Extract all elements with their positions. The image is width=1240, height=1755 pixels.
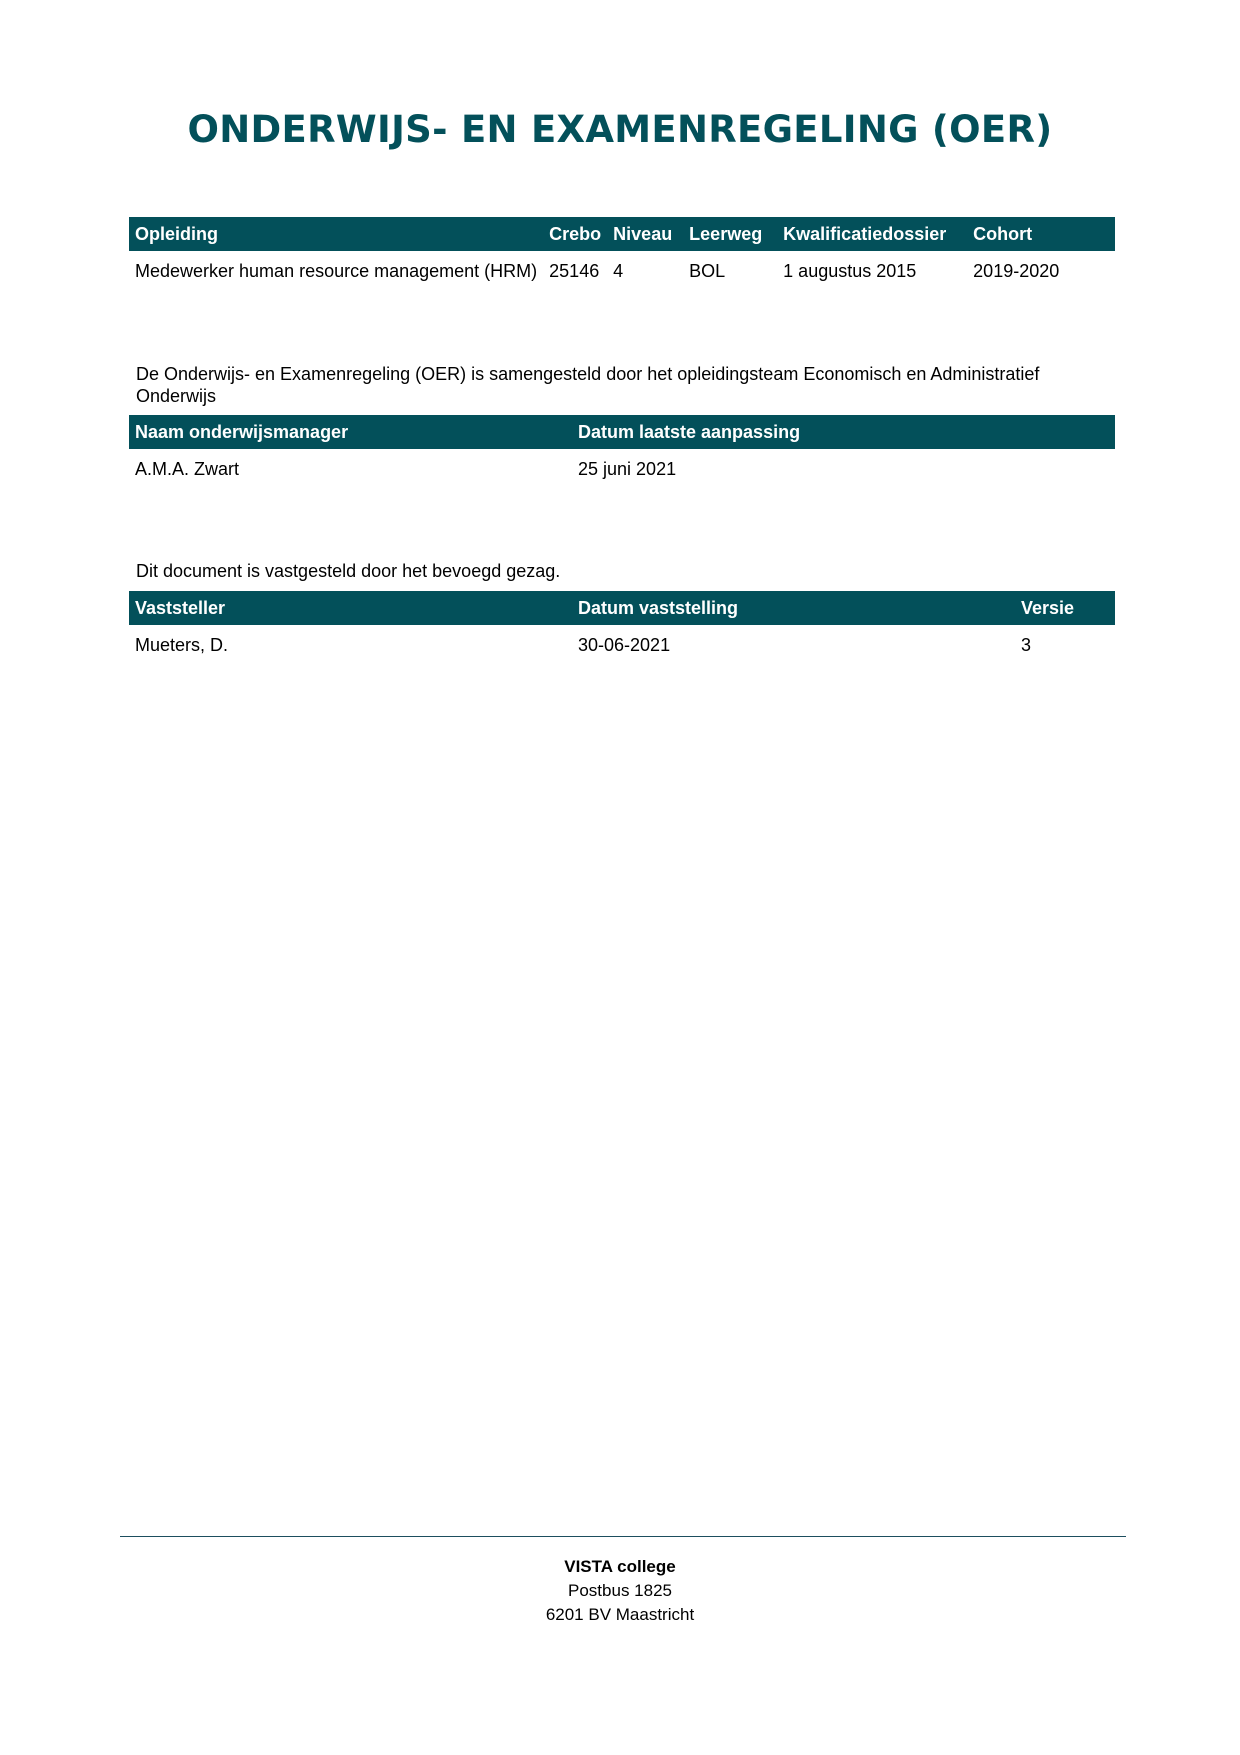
footer-address-line2: 6201 BV Maastricht: [0, 1603, 1240, 1627]
cell-leerweg: BOL: [683, 251, 777, 291]
footer-address-line1: Postbus 1825: [0, 1579, 1240, 1603]
footer: VISTA college Postbus 1825 6201 BV Maast…: [0, 1555, 1240, 1627]
table-header-row: Opleiding Crebo Niveau Leerweg Kwalifica…: [129, 217, 1115, 251]
cell-manager-name: A.M.A. Zwart: [129, 449, 572, 489]
composition-note: De Onderwijs- en Examenregeling (OER) is…: [136, 363, 1086, 407]
header-leerweg: Leerweg: [683, 217, 777, 251]
header-opleiding: Opleiding: [129, 217, 543, 251]
header-naam-onderwijsmanager: Naam onderwijsmanager: [129, 415, 572, 449]
cell-kwalificatiedossier: 1 augustus 2015: [777, 251, 967, 291]
header-datum-vaststelling: Datum vaststelling: [572, 591, 1015, 625]
cell-crebo: 25146: [543, 251, 607, 291]
table-header-row: Naam onderwijsmanager Datum laatste aanp…: [129, 415, 1115, 449]
manager-table: Naam onderwijsmanager Datum laatste aanp…: [129, 415, 1115, 489]
document-title: ONDERWIJS- EN EXAMENREGELING (OER): [0, 108, 1240, 151]
table-row: Mueters, D. 30-06-2021 3: [129, 625, 1115, 665]
table-row: Medewerker human resource management (HR…: [129, 251, 1115, 291]
header-vaststeller: Vaststeller: [129, 591, 572, 625]
cell-datum-vaststelling: 30-06-2021: [572, 625, 1015, 665]
footer-divider: [120, 1536, 1126, 1537]
adoption-table: Vaststeller Datum vaststelling Versie Mu…: [129, 591, 1115, 665]
table-row: A.M.A. Zwart 25 juni 2021: [129, 449, 1115, 489]
cell-cohort: 2019-2020: [967, 251, 1115, 291]
header-crebo: Crebo: [543, 217, 607, 251]
header-datum-laatste-aanpassing: Datum laatste aanpassing: [572, 415, 1115, 449]
program-table: Opleiding Crebo Niveau Leerweg Kwalifica…: [129, 217, 1115, 291]
adoption-note: Dit document is vastgesteld door het bev…: [136, 560, 1086, 582]
cell-vaststeller: Mueters, D.: [129, 625, 572, 665]
header-cohort: Cohort: [967, 217, 1115, 251]
header-versie: Versie: [1015, 591, 1115, 625]
header-niveau: Niveau: [607, 217, 683, 251]
cell-last-modified: 25 juni 2021: [572, 449, 1115, 489]
cell-niveau: 4: [607, 251, 683, 291]
header-kwalificatiedossier: Kwalificatiedossier: [777, 217, 967, 251]
cell-versie: 3: [1015, 625, 1115, 665]
footer-organization: VISTA college: [0, 1555, 1240, 1579]
table-header-row: Vaststeller Datum vaststelling Versie: [129, 591, 1115, 625]
cell-opleiding: Medewerker human resource management (HR…: [129, 251, 543, 291]
